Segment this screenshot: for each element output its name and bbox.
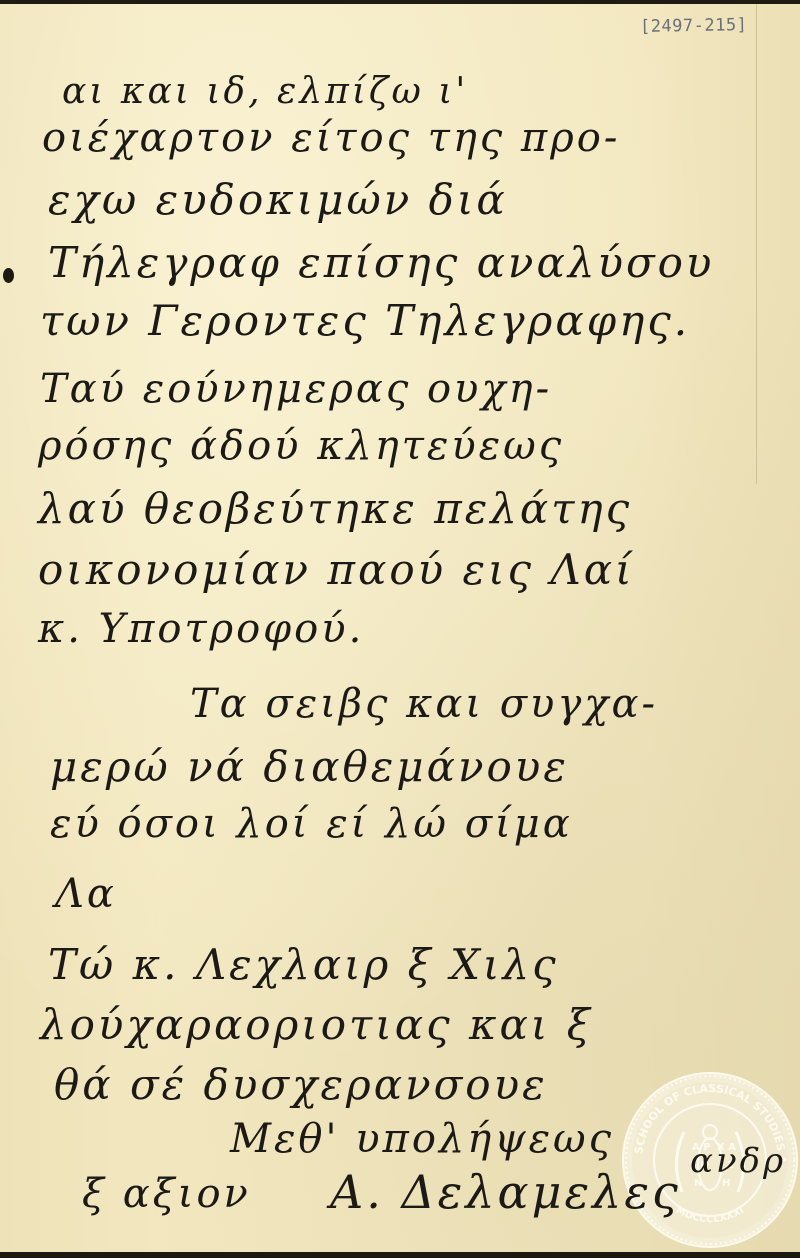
handwritten-line-5: των Γεροντες Τηλεγραφης. bbox=[40, 300, 690, 342]
handwritten-line-7: ρόσης άδού κλητεύεως bbox=[38, 426, 564, 466]
handwritten-line-16: λούχαραοριοτιας και ξ bbox=[40, 1004, 593, 1046]
scan-border-bottom bbox=[0, 1252, 800, 1258]
handwritten-line-9: οικονομίαν παού εις Λαί bbox=[38, 549, 635, 591]
archive-label: [2497-215] bbox=[640, 15, 748, 37]
handwritten-line-2: οιέχαρτον είτος της προ- bbox=[42, 118, 620, 158]
handwritten-line-17: θά σέ δυσχερανσουε bbox=[54, 1064, 548, 1106]
handwritten-line-1: αι και ιδ, ελπίζω ι' bbox=[62, 74, 468, 110]
handwritten-line-14: Λα bbox=[55, 874, 117, 914]
svg-text:MDCCCLXXXI: MDCCCLXXXI bbox=[674, 1205, 747, 1225]
signature: Α. Δελαμελες bbox=[330, 1169, 681, 1215]
handwritten-line-15: Τώ κ. Λεχλαιρ ξ Χιλς bbox=[48, 944, 559, 986]
handwritten-line-11: Τα σειβς και συγχα- bbox=[190, 684, 658, 724]
handwritten-line-4: Τήλεγραφ επίσης αναλύσου bbox=[48, 242, 714, 284]
handwritten-line-13: εύ όσοι λοί εί λώ σίμα bbox=[50, 804, 573, 844]
punch-hole bbox=[3, 268, 14, 283]
fold-line bbox=[756, 4, 757, 484]
handwritten-line-12: μερώ νά διαθεμάνουε bbox=[50, 746, 569, 788]
handwritten-line-8: λαύ θεοβεύτηκε πελάτης bbox=[38, 488, 632, 530]
handwritten-line-3: εχω ευδοκιμών διά bbox=[48, 179, 508, 221]
handwritten-line-10: κ. Υποτροφού. bbox=[38, 609, 364, 649]
handwritten-overline-seal: ανδρ bbox=[690, 1144, 786, 1178]
letter-page: [2497-215] AMERICAN SCHOOL OF CLASSICAL … bbox=[0, 4, 800, 1252]
closing-line-2: ξ αξιον bbox=[82, 1174, 251, 1214]
handwritten-line-6: Ταύ εούνημερας ουχη- bbox=[40, 369, 552, 409]
closing-line: Μεθ' υπολήψεως bbox=[230, 1119, 614, 1159]
seal-bottom-text: MDCCCLXXXI bbox=[674, 1205, 747, 1225]
